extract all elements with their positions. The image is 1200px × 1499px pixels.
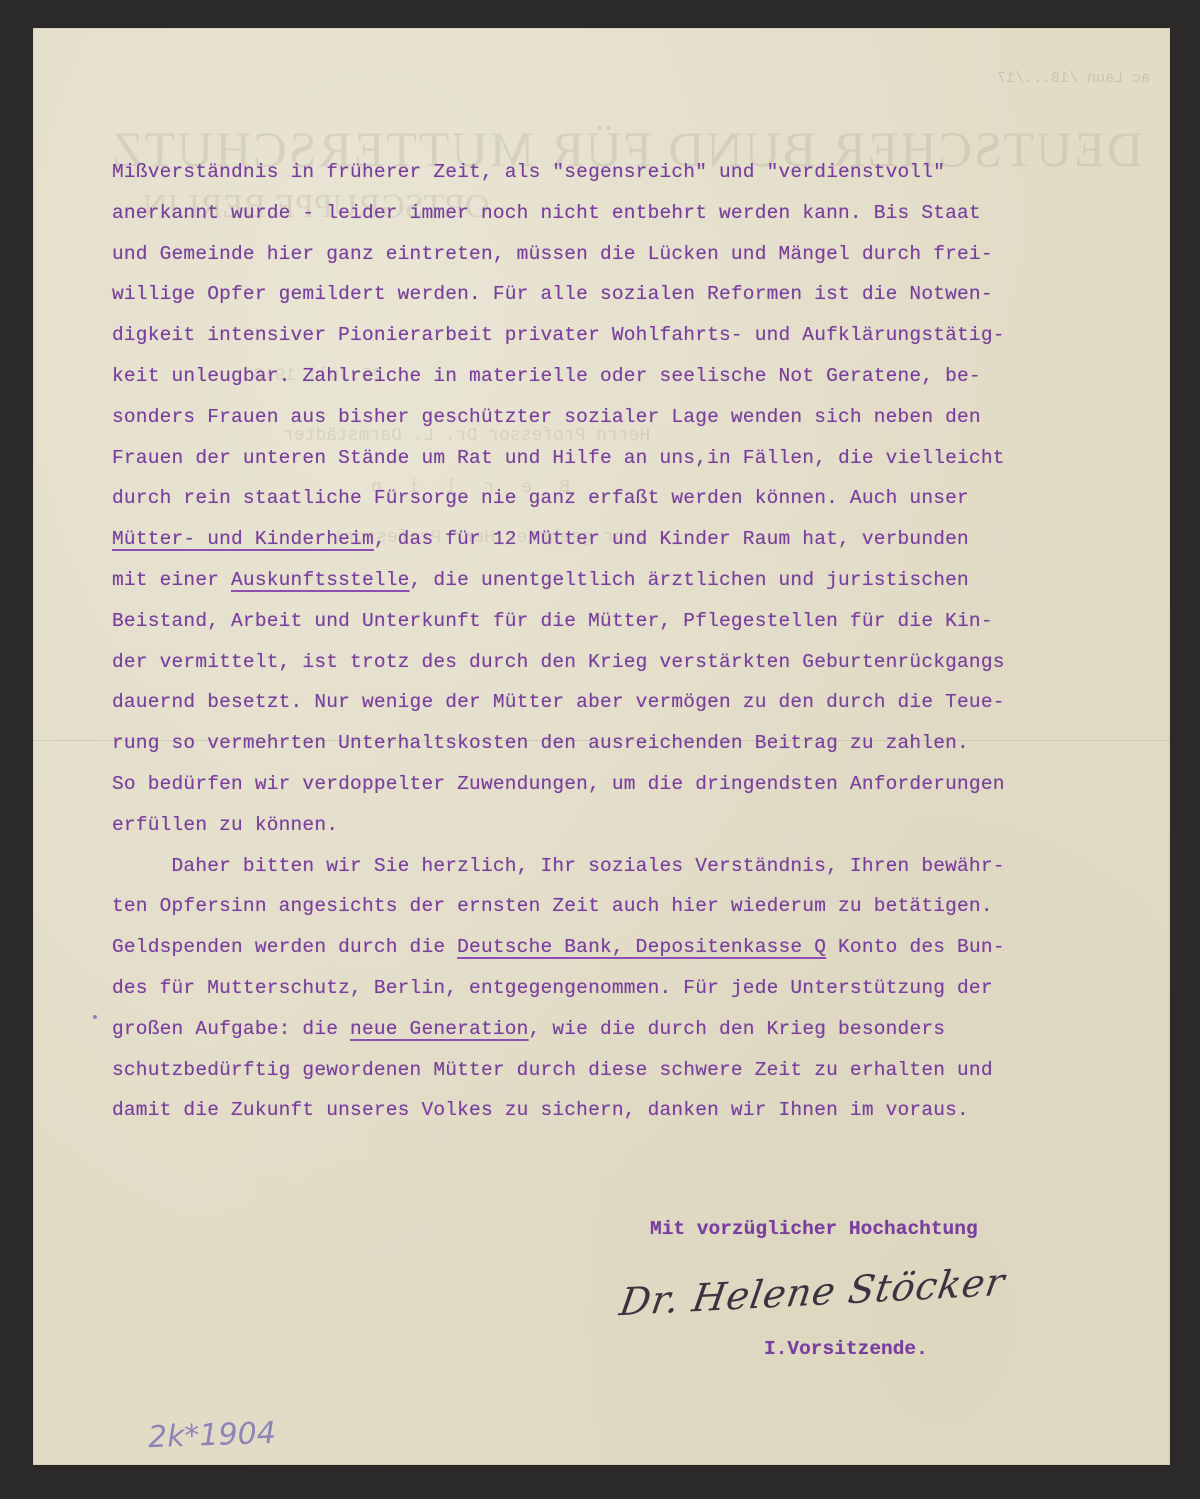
text-segment: rung so vermehrten Unterhaltskosten den … [112,732,969,754]
text-segment: , die unentgeltlich ärztlichen und juris… [410,569,969,591]
text-segment: Frauen der unteren Stände um Rat und Hil… [112,447,1005,469]
closing-phrase: Mit vorzüglicher Hochachtung [650,1218,978,1240]
text-segment: Konto des Bun- [826,936,1005,958]
text-line: der vermittelt, ist trotz des durch den … [112,642,1112,683]
text-segment: dauernd besetzt. Nur wenige der Mütter a… [112,691,1005,713]
text-segment: großen Aufgabe: die [112,1018,350,1040]
text-segment: anerkannt wurde - leider immer noch nich… [112,202,981,224]
text-line: erfüllen zu können. [112,805,1112,846]
ink-mark [93,1015,97,1019]
text-segment: , das für 12 Mütter und Kinder Raum hat,… [374,528,969,550]
signer-title: I.Vorsitzende. [764,1338,928,1360]
text-line: Daher bitten wir Sie herzlich, Ihr sozia… [112,846,1112,887]
text-segment: des für Mutterschutz, Berlin, entgegenge… [112,977,993,999]
underlined-phrase: Auskunftsstelle [231,569,410,591]
text-segment: Beistand, Arbeit und Unterkunft für die … [112,610,993,632]
underlined-phrase: Mütter- und Kinderheim [112,528,374,550]
text-line: So bedürfen wir verdoppelter Zuwendungen… [112,764,1112,805]
text-segment: Geldspenden werden durch die [112,936,457,958]
text-line: mit einer Auskunftsstelle, die unentgelt… [112,560,1112,601]
text-line: schutzbedürftig gewordenen Mütter durch … [112,1050,1112,1091]
text-line: rung so vermehrten Unterhaltskosten den … [112,723,1112,764]
text-segment: der vermittelt, ist trotz des durch den … [112,651,1005,673]
text-line: sonders Frauen aus bisher geschützter so… [112,397,1112,438]
text-line: und Gemeinde hier ganz eintreten, müssen… [112,234,1112,275]
text-segment: keit unleugbar. Zahlreiche in materielle… [112,365,981,387]
text-line: keit unleugbar. Zahlreiche in materielle… [112,356,1112,397]
text-segment: sonders Frauen aus bisher geschützter so… [112,406,981,428]
text-segment: schutzbedürftig gewordenen Mütter durch … [112,1059,993,1081]
text-segment: damit die Zukunft unseres Volkes zu sich… [112,1099,969,1121]
text-line: Mißverständnis in früherer Zeit, als "se… [112,152,1112,193]
text-segment: , wie die durch den Krieg besonders [529,1018,946,1040]
text-line: Mütter- und Kinderheim, das für 12 Mütte… [112,519,1112,560]
text-line: digkeit intensiver Pionierarbeit private… [112,315,1112,356]
letter-body: Mißverständnis in früherer Zeit, als "se… [112,152,1112,1131]
text-line: dauernd besetzt. Nur wenige der Mütter a… [112,682,1112,723]
text-line: anerkannt wurde - leider immer noch nich… [112,193,1112,234]
text-segment: ten Opfersinn angesichts der ernsten Zei… [112,895,993,917]
text-line: durch rein staatliche Fürsorge nie ganz … [112,478,1112,519]
text-line: großen Aufgabe: die neue Generation, wie… [112,1009,1112,1050]
text-segment: und Gemeinde hier ganz eintreten, müssen… [112,243,993,265]
text-line: willige Opfer gemildert werden. Für alle… [112,274,1112,315]
text-line: Beistand, Arbeit und Unterkunft für die … [112,601,1112,642]
underlined-phrase: Deutsche Bank, Depositenkasse Q [457,936,826,958]
text-line: Geldspenden werden durch die Deutsche Ba… [112,927,1112,968]
text-line: ten Opfersinn angesichts der ernsten Zei… [112,886,1112,927]
text-segment: willige Opfer gemildert werden. Für alle… [112,283,993,305]
text-segment: Mißverständnis in früherer Zeit, als "se… [112,161,945,183]
text-segment: durch rein staatliche Fürsorge nie ganz … [112,487,969,509]
archive-pencil-note: 2k*1904 [147,1416,276,1455]
text-segment: mit einer [112,569,231,591]
text-line: Frauen der unteren Stände um Rat und Hil… [112,438,1112,479]
text-line: damit die Zukunft unseres Volkes zu sich… [112,1090,1112,1131]
text-segment: So bedürfen wir verdoppelter Zuwendungen… [112,773,1005,795]
text-segment: erfüllen zu können. [112,814,338,836]
underlined-phrase: neue Generation [350,1018,529,1040]
text-segment: digkeit intensiver Pionierarbeit private… [112,324,1005,346]
text-line: des für Mutterschutz, Berlin, entgegenge… [112,968,1112,1009]
bleed-through-reference: ac Laun /18.../17 [997,70,1150,87]
text-segment: Daher bitten wir Sie herzlich, Ihr sozia… [112,855,1005,877]
